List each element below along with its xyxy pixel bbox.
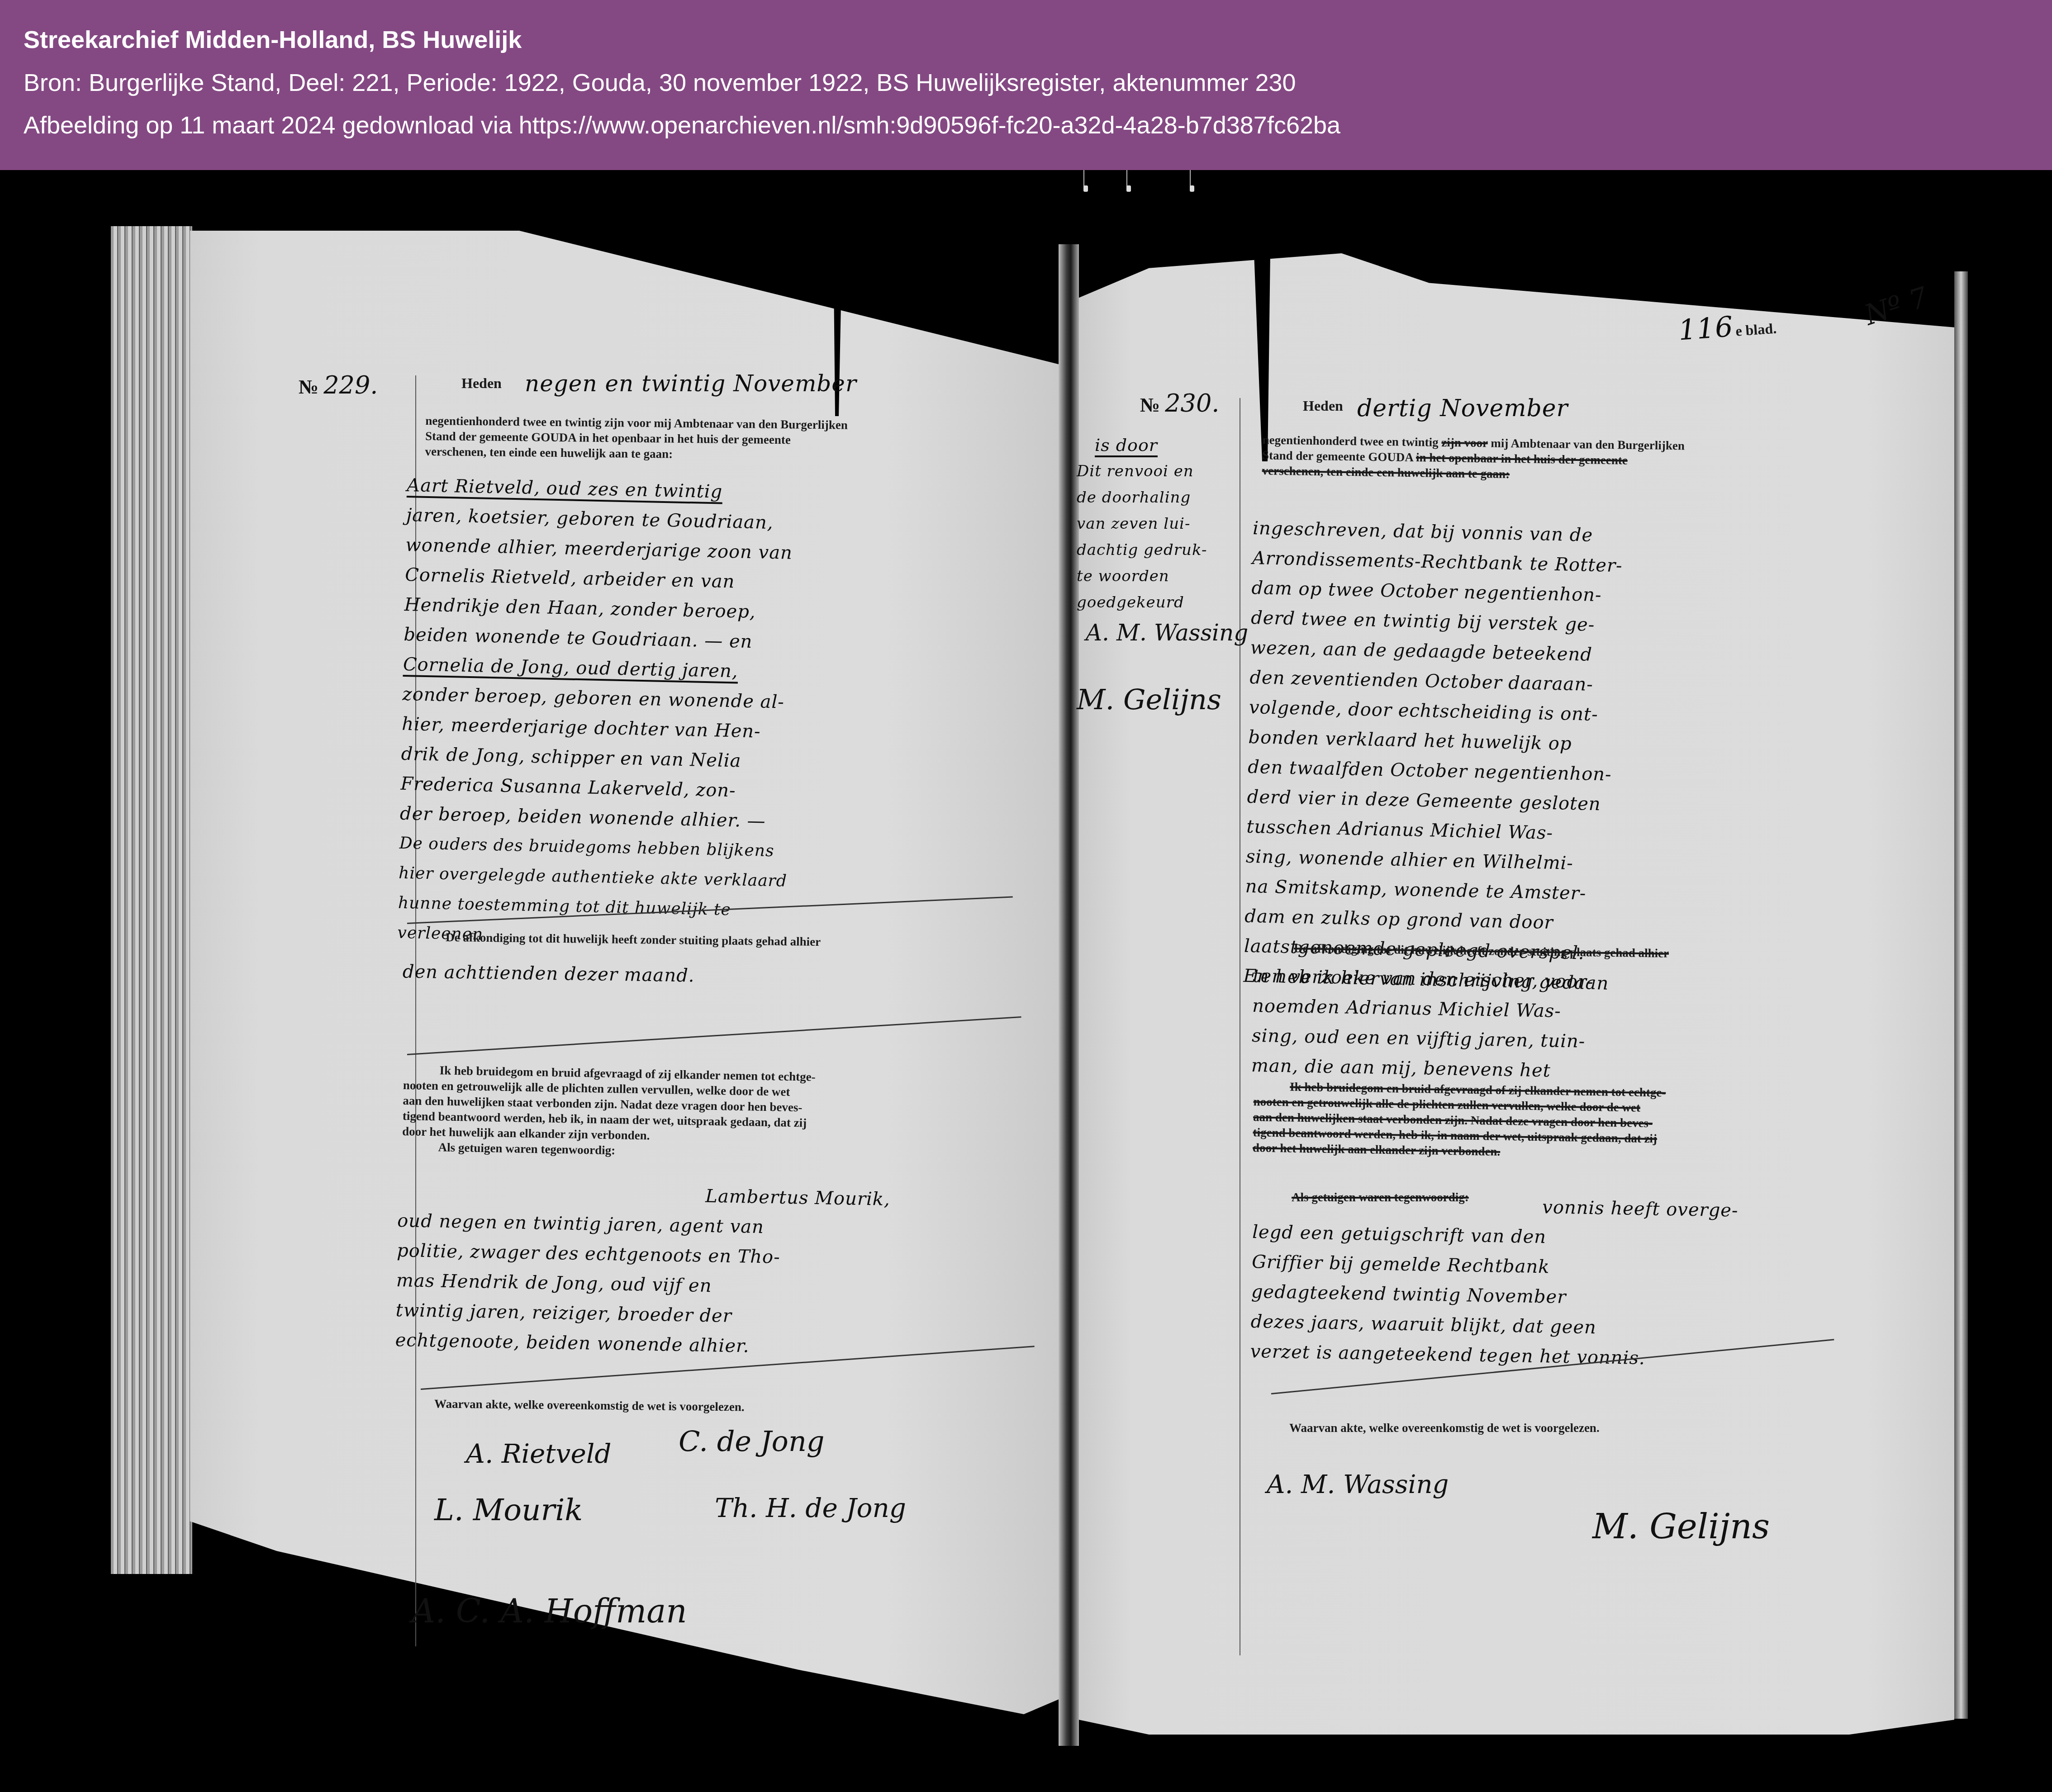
printed-intro-right: negentienhonderd twee en twintig zijn vo… (1262, 432, 1886, 487)
signature-witness-2: Th. H. de Jong (715, 1493, 906, 1523)
date-handwritten-left: negen en twintig November (525, 369, 857, 398)
signature-official-right: M. Gelijns (1592, 1506, 1770, 1546)
signature-registrar-left: A. C. A. Hoffman (412, 1592, 687, 1630)
page-stack-edge (111, 226, 192, 1574)
acte-number-value: 230. (1165, 389, 1219, 417)
witnesses-handwritten-left: Lambertus Mourik, oud negen en twintig j… (395, 1176, 890, 1364)
heden-label-left: Heden (461, 375, 502, 391)
right-page-edge (1954, 271, 1968, 1719)
corner-fold (271, 1633, 308, 1723)
clip (1083, 170, 1089, 188)
scanner-clips (1077, 170, 1235, 193)
signature-bride: C. de Jong (679, 1425, 825, 1458)
book-spine (1059, 244, 1079, 1746)
vows-printed-right-struck: Ik heb bruidegom en bruid afgevraagd of … (1253, 1078, 1869, 1165)
closing-printed-left: Waarvan akte, welke overeenkomstig de we… (434, 1396, 745, 1414)
download-notice: Afbeelding op 11 maart 2024 gedownload v… (24, 104, 2052, 147)
afkondiging-handwritten-left: den achttienden dezer maand. (403, 957, 695, 991)
signature-registrant-right: A. M. Wassing (1267, 1470, 1449, 1499)
printed-intro-left: negentienhonderd twee en twintig zijn vo… (425, 413, 1041, 465)
margin-note: is door Dit renvooi en de doorhaling van… (1077, 432, 1240, 616)
right-margin-rule (1240, 398, 1240, 1655)
vows-printed-left: Ik heb bruidegom en bruid afgevraagd of … (402, 1062, 1027, 1165)
archive-title: Streekarchief Midden-Holland, BS Huwelij… (24, 18, 2052, 62)
acte-number-left: № 229. (299, 371, 378, 399)
witnesses-handwritten-right: vonnis heeft overge- legd een getuigschr… (1250, 1187, 1738, 1375)
clip (1126, 170, 1132, 188)
signature-groom: A. Rietveld (466, 1438, 611, 1469)
date-handwritten-right: dertig November (1357, 393, 1568, 423)
closing-printed-right: Waarvan akte, welke overeenkomstig de we… (1289, 1420, 1600, 1436)
acte-number-right: № 230. (1140, 389, 1219, 417)
signature-witness-1: L. Mourik (434, 1493, 583, 1527)
archive-banner: Streekarchief Midden-Holland, BS Huwelij… (0, 0, 2052, 170)
request-handwritten-right: ten verzoeke van den eischer, voor- noem… (1251, 961, 1594, 1086)
folio-label: e blad. (1735, 320, 1777, 339)
body-handwritten-right: ingeschreven, dat bij vonnis van de Arro… (1243, 513, 1624, 999)
acte-number-value: 229. (323, 371, 378, 399)
register-book-scan: № 229. Heden negen en twintig November n… (0, 0, 2052, 1792)
heden-label-right: Heden (1303, 398, 1343, 413)
folio-number: 116 (1677, 310, 1734, 346)
source-citation: Bron: Burgerlijke Stand, Deel: 221, Peri… (24, 62, 2052, 104)
margin-signature-official: M. Gelijns (1077, 683, 1221, 716)
parties-handwritten-left: Aart Rietveld, oud zes en twintig jaren,… (397, 470, 796, 956)
clip (1190, 170, 1195, 188)
margin-signature-registrant: A. M. Wassing (1086, 620, 1248, 646)
